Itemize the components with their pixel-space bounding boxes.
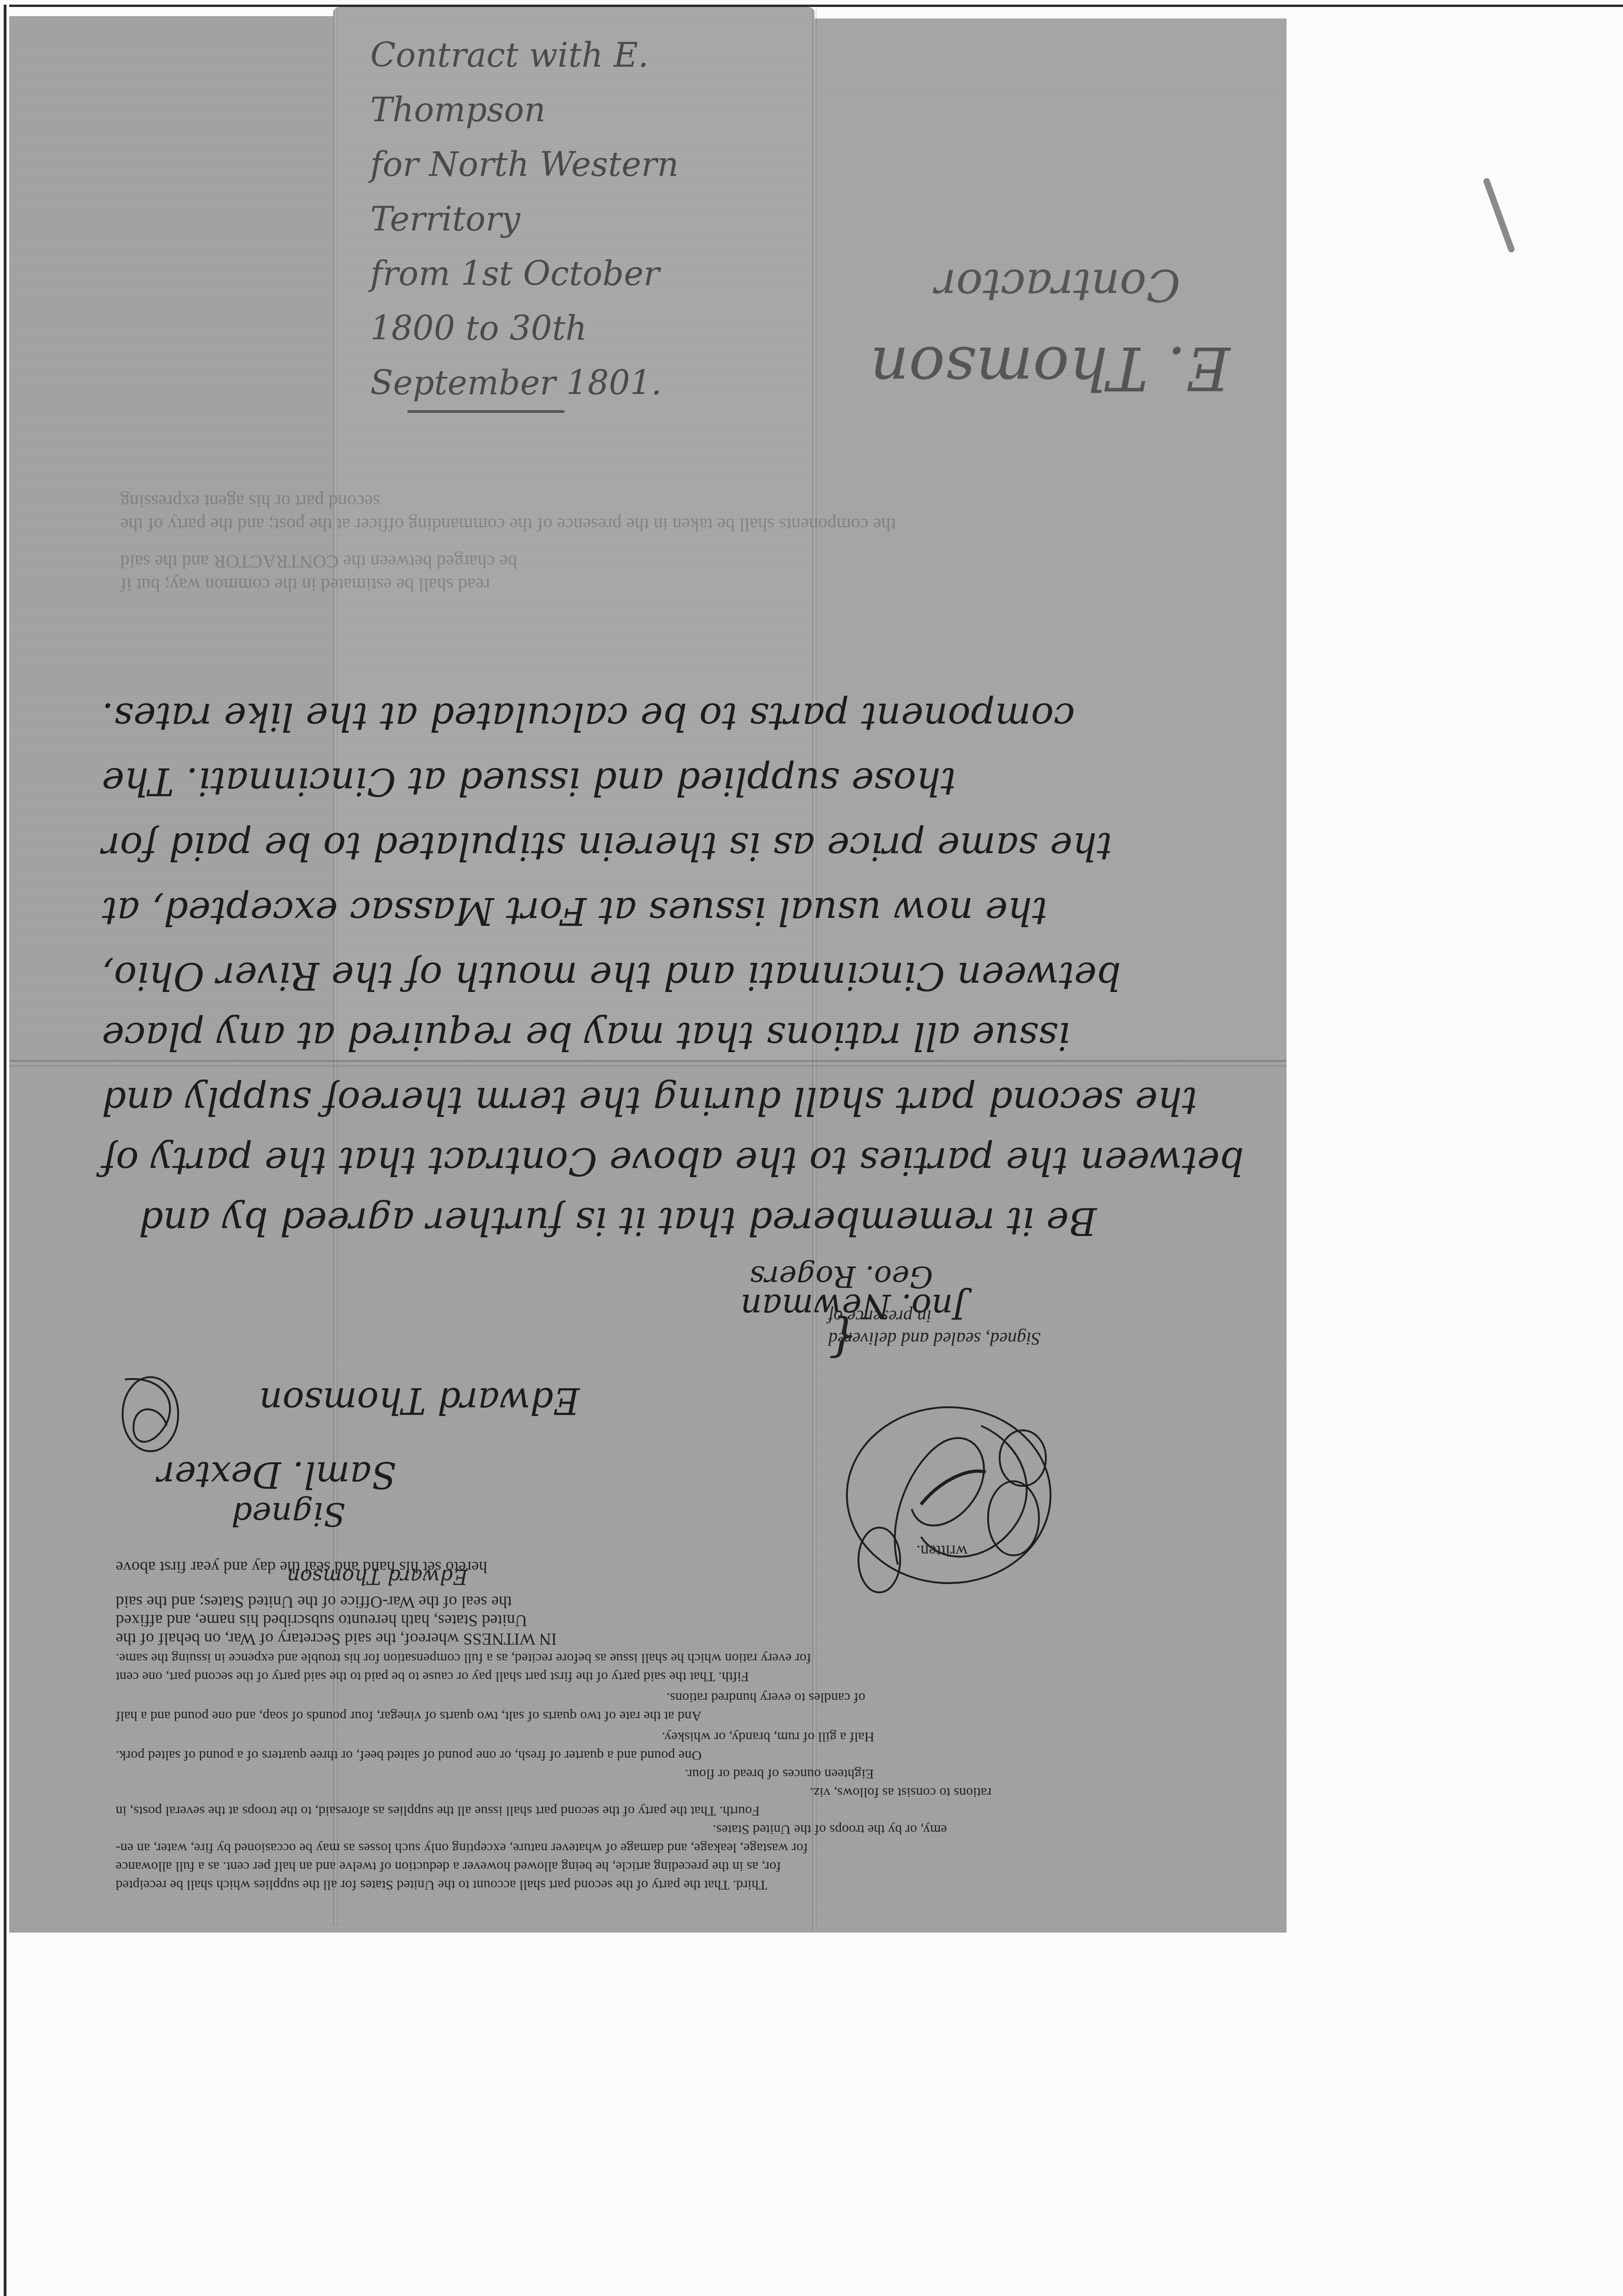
endorsement-role: Contractor	[935, 259, 1181, 311]
addendum-line: issue all rations that may be required a…	[102, 1014, 1070, 1058]
printed-line: of candles to every hundred rations.	[666, 1690, 865, 1705]
fold-horizontal	[9, 1060, 1287, 1067]
printed-line: hereto set his hand and seal the day and…	[116, 1558, 487, 1577]
printed-line: for wastage, leakage, and damage of what…	[116, 1840, 808, 1856]
seal-flourish-icon	[828, 1389, 1069, 1602]
bleed-through-line: be charged between the CONTRACTOR and th…	[120, 551, 517, 573]
addendum-line: component parts to be calculated at the …	[102, 694, 1075, 738]
addendum-line: the now usual issues at Fort Massac exce…	[102, 889, 1047, 933]
printed-line: One pound and a quarter of fresh, or one…	[116, 1747, 702, 1763]
addendum-line: the second part shall during the term th…	[102, 1079, 1197, 1123]
bleed-through-line: the components shall be taken in the pre…	[120, 514, 895, 536]
printed-line: emy, or by the troops of the United Stat…	[713, 1822, 947, 1837]
addendum-line: between Cincinnati and the mouth of the …	[102, 954, 1121, 998]
printed-line: Fourth. That the party of the second par…	[116, 1803, 760, 1819]
signatory-signature: Saml. Dexter	[157, 1454, 396, 1495]
printed-line: for every ration which he shall issue as…	[116, 1650, 811, 1666]
scan-frame-left	[4, 5, 6, 2296]
signed-label-line: Signed, sealed and delivered	[828, 1328, 1040, 1350]
printed-line: And at the rate of two quarts of salt, t…	[116, 1708, 702, 1724]
printed-line: Eighteen ounces of bread or flour.	[685, 1766, 874, 1782]
printed-line: the seal of the War-Office of the United…	[116, 1592, 512, 1612]
docket-line: Contract with E. Thompson	[370, 28, 694, 137]
addendum-line: Be it remembered that it is further agre…	[139, 1199, 1097, 1243]
docket-line: for North Western Territory	[370, 137, 694, 246]
bleed-through-line: read shall be estimated in the common wa…	[120, 574, 490, 596]
signed-sealed-label: { Signed, sealed and delivered in presen…	[828, 1305, 1040, 1350]
addendum-line: those supplied and issued at Cincinnati.…	[102, 759, 956, 803]
endorsement-name: E. Thomson	[870, 333, 1230, 404]
printed-line: rations to consist as follows, viz.	[810, 1784, 991, 1800]
printed-line: United States, hath hereunto subscribed …	[116, 1611, 527, 1630]
stray-fragment	[1482, 177, 1515, 254]
docket-line: September 1801.	[370, 356, 694, 410]
docket-note: Contract with E. Thompson for North West…	[370, 28, 694, 413]
signed-mark: Signed	[231, 1495, 345, 1533]
signatory-signature: Edward Thomson	[259, 1379, 580, 1421]
paper-panel-lower	[9, 1060, 1287, 1933]
docket-underline	[407, 410, 565, 413]
seal-small-icon	[116, 1370, 185, 1458]
scan-frame-top	[9, 5, 1623, 7]
printed-line: written.	[916, 1541, 968, 1561]
bleed-through-line: second part or his agent expressing	[120, 491, 380, 512]
addendum-line: between the parties to the above Contrac…	[102, 1139, 1244, 1183]
printed-line: IN WITNESS whereof, the said Secretary o…	[116, 1629, 557, 1649]
printed-line: Fifth. That the said party of the first …	[116, 1669, 749, 1685]
printed-line: Third. That the party of the second part…	[116, 1877, 767, 1893]
addendum-line: the same price as is therein stipulated …	[102, 824, 1112, 868]
printed-line: for, as in the preceding article, he bei…	[116, 1859, 781, 1874]
signed-label-line: in presence of	[828, 1305, 1040, 1328]
printed-line: Half a gill of rum, brandy, or whiskey.	[662, 1729, 874, 1745]
docket-line: from 1st October 1800 to 30th	[370, 246, 694, 356]
